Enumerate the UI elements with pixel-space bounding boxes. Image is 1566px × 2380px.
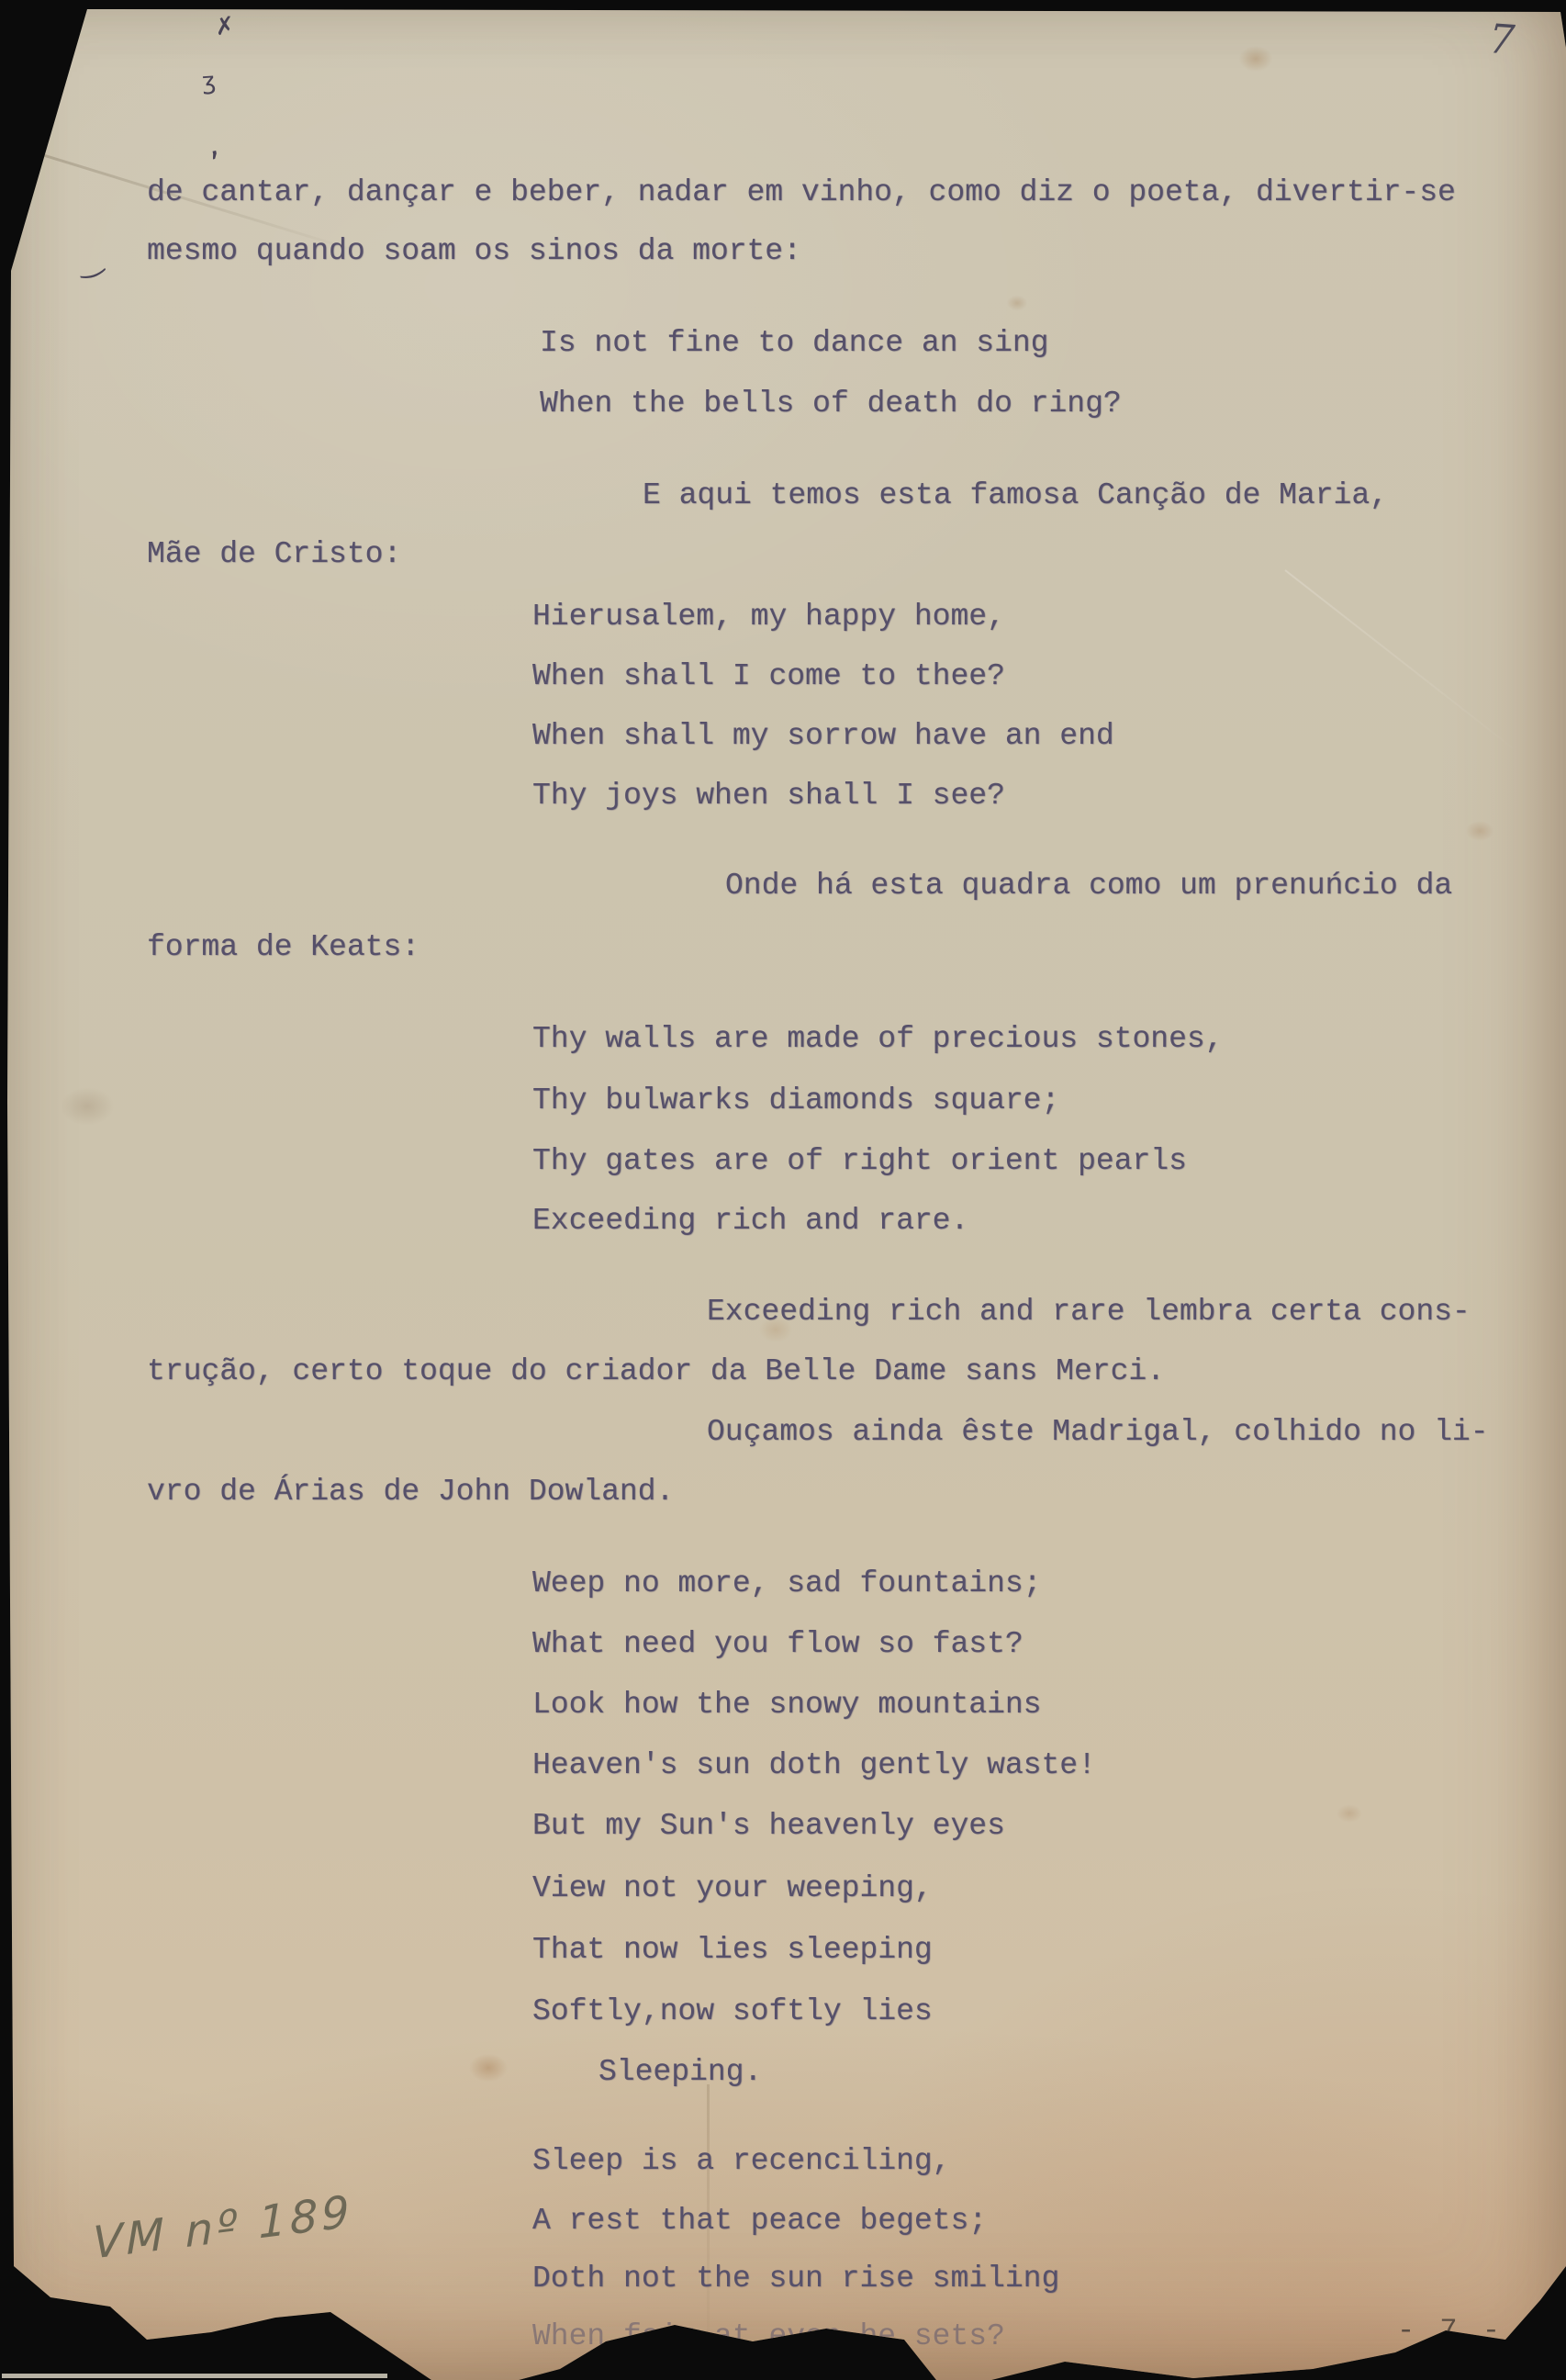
typescript-line: Is not fine to dance an sing — [540, 328, 1049, 358]
ink-mark: , — [204, 128, 221, 163]
typescript-line: Look how the snowy mountains — [532, 1690, 1042, 1720]
typescript-line: E aqui temos esta famosa Canção de Maria… — [643, 480, 1388, 511]
typescript-line: forma de Keats: — [147, 932, 419, 962]
scanned-typescript-page: de cantar, dançar e beber, nadar em vinh… — [0, 0, 1566, 2380]
typescript-line: mesmo quando soam os sinos da morte: — [147, 236, 801, 266]
archival-pencil-note: VM nº 189 — [93, 2185, 353, 2269]
typescript-line: A rest that peace begets; — [532, 2206, 987, 2236]
typescript-line: trução, certo toque do criador da Belle … — [147, 1356, 1165, 1386]
typescript-line: What need you flow so fast? — [532, 1629, 1023, 1659]
typescript-line: Mãe de Cristo: — [147, 539, 401, 569]
typescript-line: When fair at even he sets? — [532, 2321, 1005, 2352]
typescript-line: Onde há esta quadra como um prenuńcio da — [725, 870, 1452, 901]
ink-mark: ‿ — [73, 243, 105, 278]
typescript-line: Softly,now softly lies — [532, 1996, 933, 2026]
typescript-line: When shall I come to thee? — [532, 661, 1005, 691]
typed-page-number: - 7 - — [1397, 2314, 1504, 2348]
ink-mark: ✗ — [213, 14, 236, 40]
scanner-edge-artifact — [2, 2374, 387, 2378]
typescript-line: Heaven's sun doth gently waste! — [532, 1750, 1096, 1780]
typescript-line: vro de Árias de John Dowland. — [147, 1476, 674, 1507]
paper-sheet: de cantar, dançar e beber, nadar em vinh… — [0, 0, 1566, 2380]
typescript-line: That now lies sleeping — [532, 1935, 933, 1965]
typescript-line: But my Sun's heavenly eyes — [532, 1811, 1005, 1841]
typescript-line: Exceeding rich and rare lembra certa con… — [707, 1297, 1471, 1327]
paper-crease — [1284, 569, 1524, 758]
typescript-line: Sleeping. — [598, 2057, 762, 2087]
handwritten-page-number: 7 — [1487, 16, 1516, 64]
typescript-line: Ouçamos ainda êste Madrigal, colhido no … — [707, 1417, 1489, 1447]
typescript-line: Thy gates are of right orient pearls — [532, 1146, 1187, 1176]
typescript-line: View not your weeping, — [532, 1873, 933, 1903]
typescript-line: Exceeding rich and rare. — [532, 1206, 968, 1236]
typescript-line: Thy joys when shall I see? — [532, 780, 1005, 811]
typescript-line: When shall my sorrow have an end — [532, 721, 1114, 751]
typescript-line: Thy bulwarks diamonds square; — [532, 1085, 1059, 1116]
typescript-line: Sleep is a recenciling, — [532, 2146, 950, 2176]
typescript-line: Thy walls are made of precious stones, — [532, 1024, 1224, 1054]
typescript-line: de cantar, dançar e beber, nadar em vinh… — [147, 177, 1456, 208]
typescript-line: Hierusalem, my happy home, — [532, 601, 1005, 632]
typescript-line: Weep no more, sad fountains; — [532, 1568, 1042, 1599]
typescript-line: Doth not the sun rise smiling — [532, 2263, 1059, 2294]
typescript-line: When the bells of death do ring? — [540, 388, 1122, 419]
ink-mark: ʒ — [201, 70, 217, 95]
